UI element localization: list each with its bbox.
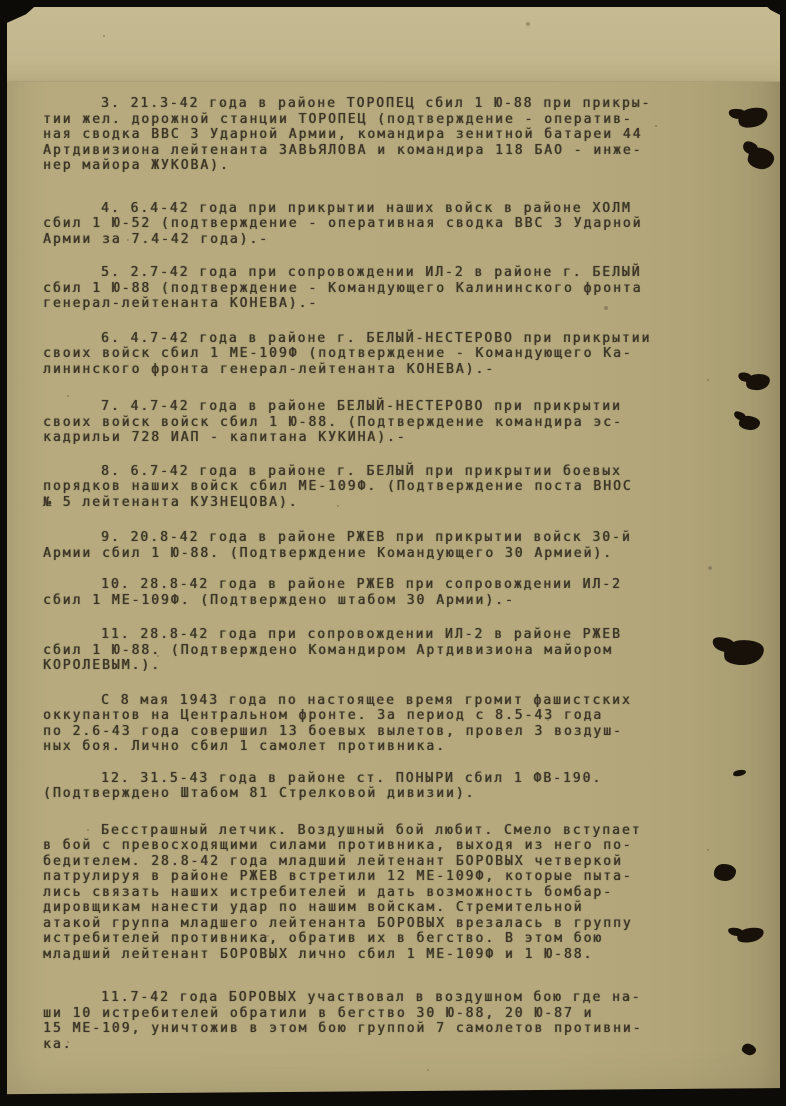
paragraph-victory-5: 5. 2.7-42 года при сопровождении ИЛ-2 в … — [43, 265, 711, 312]
document-text: 3. 21.3-42 года в районе ТОРОПЕЦ сбил 1 … — [43, 96, 711, 1070]
scan-bottom-edge — [0, 1088, 786, 1106]
ink-blot — [745, 372, 771, 391]
paragraph-victory-9: 9. 20.8-42 года в районе РЖЕВ при прикры… — [43, 530, 711, 561]
ink-blot — [714, 864, 736, 881]
paragraph-victory-10: 10. 28.8-42 года в районе РЖЕВ при сопро… — [43, 577, 711, 608]
paragraph-victory-11: 11. 28.8-42 года при сопровождении ИЛ-2 … — [43, 627, 711, 674]
paper: 3. 21.3-42 года в районе ТОРОПЕЦ сбил 1 … — [7, 7, 780, 1095]
paragraph-victory-7: 7. 4.7-42 года в районе БЕЛЫЙ-НЕСТЕРОВО … — [43, 399, 711, 446]
paragraph-combat-description: Бесстрашный летчик. Воздушный бой любит.… — [43, 823, 711, 963]
paragraph-victory-6: 6. 4.7-42 года в районе г. БЕЛЫЙ-НЕСТЕРО… — [43, 331, 711, 378]
ink-blot — [738, 415, 760, 431]
ink-blot — [733, 769, 747, 777]
ink-blot — [723, 638, 765, 666]
paper-top-band — [7, 7, 780, 82]
ink-blot — [736, 925, 765, 944]
ink-blot — [741, 1042, 758, 1057]
paragraph-victory-8: 8. 6.7-42 года в районе г. БЕЛЫЙ при при… — [43, 464, 711, 511]
ink-blot — [736, 104, 770, 130]
paragraph-victory-12: 12. 31.5-43 года в районе ст. ПОНЫРИ сби… — [43, 771, 711, 802]
paragraph-victory-3: 3. 21.3-42 года в районе ТОРОПЕЦ сбил 1 … — [43, 96, 711, 174]
scan-background: 3. 21.3-42 года в районе ТОРОПЕЦ сбил 1 … — [0, 0, 786, 1106]
paragraph-combat-1942: 11.7-42 года БОРОВЫХ участвовал в воздуш… — [43, 990, 711, 1052]
paragraph-victory-4: 4. 6.4-42 года при прикрытии наших войск… — [43, 201, 711, 248]
ink-blot — [746, 146, 775, 171]
paragraph-summary-1943: С 8 мая 1943 года по настоящее время гро… — [43, 693, 711, 755]
